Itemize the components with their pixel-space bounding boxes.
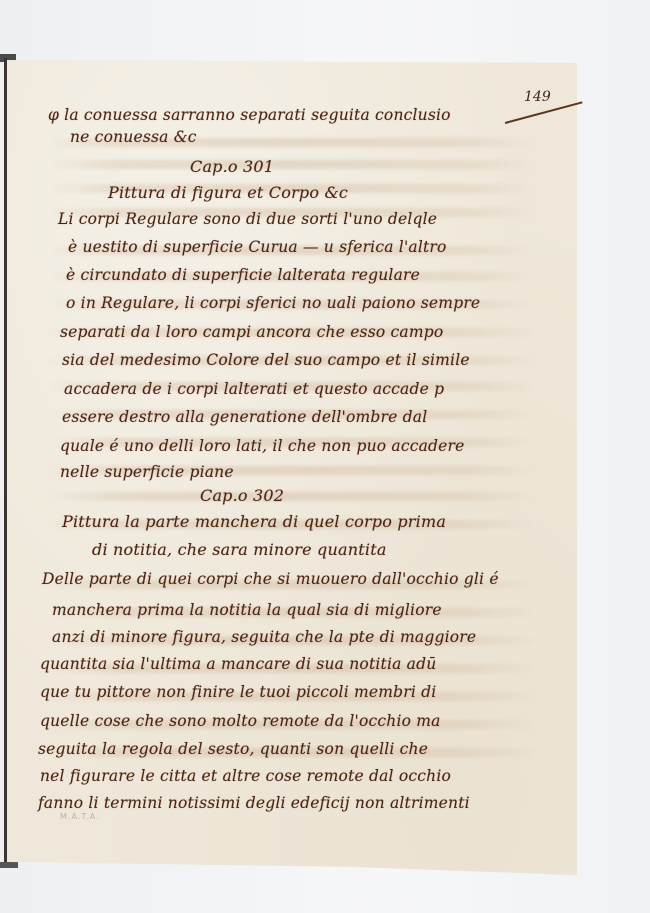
text-line: φ la conuessa sarranno separati seguita … (48, 106, 451, 124)
text-line: que tu pittore non finire le tuoi piccol… (40, 683, 436, 701)
chapter-title: Pittura di figura et Corpo &c (108, 183, 348, 202)
text-line: Li corpi Regulare sono di due sorti l'un… (58, 210, 437, 228)
text-line: quelle cose che sono molto remote da l'o… (40, 712, 441, 730)
text-line: ne conuessa &c (70, 128, 197, 146)
text-line: Delle parte di quei corpi che si muouero… (42, 570, 499, 588)
scan-background: 149 φ la conuessa sarranno separati segu… (0, 0, 650, 913)
text-line: quale é uno delli loro lati, il che non … (60, 437, 465, 455)
chapter-heading: Cap.o 301 (190, 157, 274, 176)
text-line: quantita sia l'ultima a mancare di sua n… (40, 655, 436, 673)
chapter-heading: Cap.o 302 (200, 486, 284, 505)
chapter-title: di notitia, che sara minore quantita (92, 540, 387, 559)
text-line: essere destro alla generatione dell'ombr… (62, 408, 427, 426)
text-line: anzi di minore figura, seguita che la pt… (52, 628, 476, 646)
text-line: seguita la regola del sesto, quanti son … (38, 740, 428, 758)
text-line: nelle superficie piane (60, 463, 234, 481)
text-line: nel figurare le citta et altre cose remo… (40, 767, 451, 785)
chapter-title: Pittura la parte manchera di quel corpo … (62, 512, 446, 531)
text-line: accadera de i corpi lalterati et questo … (64, 380, 444, 398)
text-line: fanno li termini notissimi degli edefici… (38, 794, 470, 812)
text-line: separati da l loro campi ancora che esso… (60, 323, 443, 341)
archive-stamp: M.A.T.A. (60, 812, 100, 821)
text-line: è uestito di superficie Curua — u sferic… (68, 238, 447, 256)
text-line: o in Regulare, li corpi sferici no uali … (66, 294, 480, 312)
text-line: è circundato di superficie lalterata reg… (66, 266, 420, 284)
manuscript-text: φ la conuessa sarranno separati seguita … (0, 0, 650, 913)
text-line: manchera prima la notitia la qual sia di… (52, 601, 442, 619)
text-line: sia del medesimo Colore del suo campo et… (62, 351, 470, 369)
